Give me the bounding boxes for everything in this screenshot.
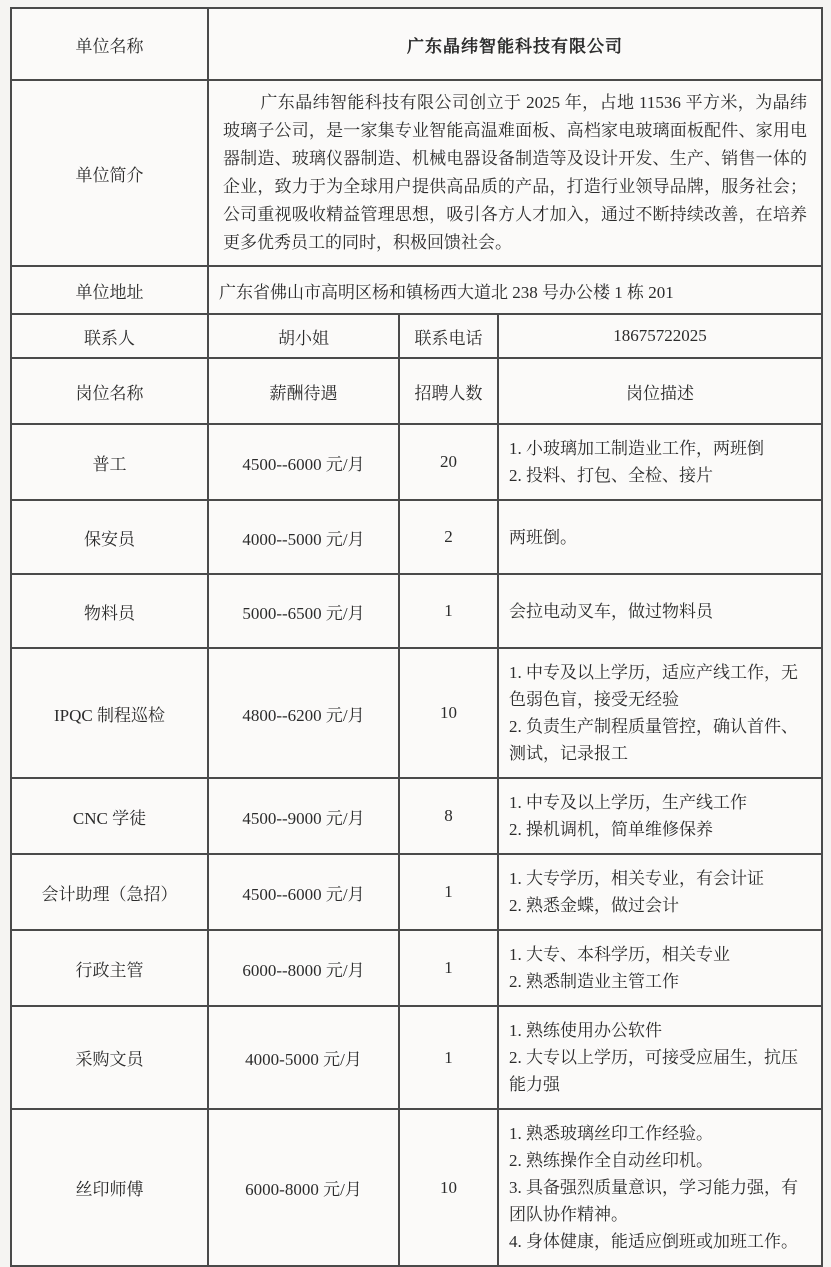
job-title: 会计助理（急招）: [11, 854, 208, 930]
job-count: 1: [399, 930, 498, 1006]
job-title: 保安员: [11, 500, 208, 574]
company-address-row: 单位地址 广东省佛山市高明区杨和镇杨西大道北 238 号办公楼 1 栋 201: [11, 266, 822, 314]
job-title: 物料员: [11, 574, 208, 648]
job-desc: 会拉电动叉车，做过物料员: [498, 574, 822, 648]
job-title: 丝印师傅: [11, 1109, 208, 1266]
job-count: 1: [399, 1006, 498, 1109]
job-desc: 1. 熟练使用办公软件2. 大专以上学历，可接受应届生，抗压能力强: [498, 1006, 822, 1109]
job-desc: 1. 大专、本科学历，相关专业2. 熟悉制造业主管工作: [498, 930, 822, 1006]
job-desc-line: 2. 投料、打包、全检、接片: [509, 462, 811, 489]
job-desc-line: 1. 大专、本科学历，相关专业: [509, 941, 811, 968]
job-title: 行政主管: [11, 930, 208, 1006]
job-salary: 4500--9000 元/月: [208, 778, 399, 854]
job-salary: 5000--6500 元/月: [208, 574, 399, 648]
job-count: 1: [399, 574, 498, 648]
job-count: 2: [399, 500, 498, 574]
job-desc: 1. 中专及以上学历，生产线工作2. 操机调机，简单维修保养: [498, 778, 822, 854]
job-header-title: 岗位名称: [11, 358, 208, 424]
job-desc-line: 1. 小玻璃加工制造业工作，两班倒: [509, 435, 811, 462]
job-row: 会计助理（急招） 4500--6000 元/月 1 1. 大专学历，相关专业，有…: [11, 854, 822, 930]
company-intro-text: 广东晶纬智能科技有限公司创立于 2025 年，占地 11536 平方米，为晶纬玻…: [219, 87, 811, 259]
job-count: 20: [399, 424, 498, 500]
job-salary: 4800--6200 元/月: [208, 648, 399, 778]
job-row: 保安员 4000--5000 元/月 2 两班倒。: [11, 500, 822, 574]
contact-phone-value: 18675722025: [498, 314, 822, 358]
job-desc-line: 2. 熟悉制造业主管工作: [509, 968, 811, 995]
job-desc-line: 1. 熟练使用办公软件: [509, 1017, 811, 1044]
job-count: 1: [399, 854, 498, 930]
job-desc-line: 两班倒。: [509, 524, 811, 551]
job-desc: 两班倒。: [498, 500, 822, 574]
company-name-row: 单位名称 广东晶纬智能科技有限公司: [11, 8, 822, 80]
job-desc-line: 1. 大专学历，相关专业，有会计证: [509, 865, 811, 892]
job-desc-line: 2. 大专以上学历，可接受应届生，抗压能力强: [509, 1044, 811, 1098]
job-salary: 4500--6000 元/月: [208, 424, 399, 500]
job-desc-line: 1. 熟悉玻璃丝印工作经验。: [509, 1120, 811, 1147]
company-intro-row: 单位简介 广东晶纬智能科技有限公司创立于 2025 年，占地 11536 平方米…: [11, 80, 822, 266]
job-desc-line: 3. 具备强烈质量意识，学习能力强，有团队协作精神。: [509, 1174, 811, 1228]
job-header-desc: 岗位描述: [498, 358, 822, 424]
job-desc-line: 1. 中专及以上学历，生产线工作: [509, 789, 811, 816]
job-count: 8: [399, 778, 498, 854]
company-address-value: 广东省佛山市高明区杨和镇杨西大道北 238 号办公楼 1 栋 201: [208, 266, 822, 314]
job-desc-line: 2. 负责生产制程质量管控，确认首件、测试，记录报工: [509, 713, 811, 767]
job-desc-line: 2. 熟练操作全自动丝印机。: [509, 1147, 811, 1174]
company-name-value: 广东晶纬智能科技有限公司: [208, 8, 822, 80]
job-row: 行政主管 6000--8000 元/月 1 1. 大专、本科学历，相关专业2. …: [11, 930, 822, 1006]
job-desc: 1. 熟悉玻璃丝印工作经验。2. 熟练操作全自动丝印机。3. 具备强烈质量意识，…: [498, 1109, 822, 1266]
company-name-label: 单位名称: [11, 8, 208, 80]
job-salary: 4000-5000 元/月: [208, 1006, 399, 1109]
company-intro-label: 单位简介: [11, 80, 208, 266]
job-header-salary: 薪酬待遇: [208, 358, 399, 424]
job-title: IPQC 制程巡检: [11, 648, 208, 778]
job-header-count: 招聘人数: [399, 358, 498, 424]
job-title: CNC 学徒: [11, 778, 208, 854]
job-salary: 6000--8000 元/月: [208, 930, 399, 1006]
job-salary: 6000-8000 元/月: [208, 1109, 399, 1266]
job-row: 丝印师傅 6000-8000 元/月 10 1. 熟悉玻璃丝印工作经验。2. 熟…: [11, 1109, 822, 1266]
job-salary: 4500--6000 元/月: [208, 854, 399, 930]
contact-name: 胡小姐: [208, 314, 399, 358]
contact-phone-label: 联系电话: [399, 314, 498, 358]
job-row: 物料员 5000--6500 元/月 1 会拉电动叉车，做过物料员: [11, 574, 822, 648]
company-intro-cell: 广东晶纬智能科技有限公司创立于 2025 年，占地 11536 平方米，为晶纬玻…: [208, 80, 822, 266]
job-count: 10: [399, 648, 498, 778]
job-row: IPQC 制程巡检 4800--6200 元/月 10 1. 中专及以上学历，适…: [11, 648, 822, 778]
contact-row: 联系人 胡小姐 联系电话 18675722025: [11, 314, 822, 358]
job-desc-line: 2. 操机调机，简单维修保养: [509, 816, 811, 843]
job-desc-line: 会拉电动叉车，做过物料员: [509, 598, 811, 625]
job-row: 普工 4500--6000 元/月 20 1. 小玻璃加工制造业工作，两班倒2.…: [11, 424, 822, 500]
job-count: 10: [399, 1109, 498, 1266]
job-row: 采购文员 4000-5000 元/月 1 1. 熟练使用办公软件2. 大专以上学…: [11, 1006, 822, 1109]
job-salary: 4000--5000 元/月: [208, 500, 399, 574]
contact-label: 联系人: [11, 314, 208, 358]
job-header-row: 岗位名称 薪酬待遇 招聘人数 岗位描述: [11, 358, 822, 424]
job-desc-line: 2. 熟悉金蝶，做过会计: [509, 892, 811, 919]
job-title: 普工: [11, 424, 208, 500]
job-row: CNC 学徒 4500--9000 元/月 8 1. 中专及以上学历，生产线工作…: [11, 778, 822, 854]
job-desc-line: 4. 身体健康，能适应倒班或加班工作。: [509, 1228, 811, 1255]
company-address-label: 单位地址: [11, 266, 208, 314]
job-desc: 1. 中专及以上学历，适应产线工作，无色弱色盲，接受无经验2. 负责生产制程质量…: [498, 648, 822, 778]
job-desc: 1. 大专学历，相关专业，有会计证2. 熟悉金蝶，做过会计: [498, 854, 822, 930]
job-desc: 1. 小玻璃加工制造业工作，两班倒2. 投料、打包、全检、接片: [498, 424, 822, 500]
recruitment-table: 单位名称 广东晶纬智能科技有限公司 单位简介 广东晶纬智能科技有限公司创立于 2…: [10, 7, 823, 1267]
job-desc-line: 1. 中专及以上学历，适应产线工作，无色弱色盲，接受无经验: [509, 659, 811, 713]
job-title: 采购文员: [11, 1006, 208, 1109]
recruitment-notice-page: 单位名称 广东晶纬智能科技有限公司 单位简介 广东晶纬智能科技有限公司创立于 2…: [0, 0, 831, 1165]
